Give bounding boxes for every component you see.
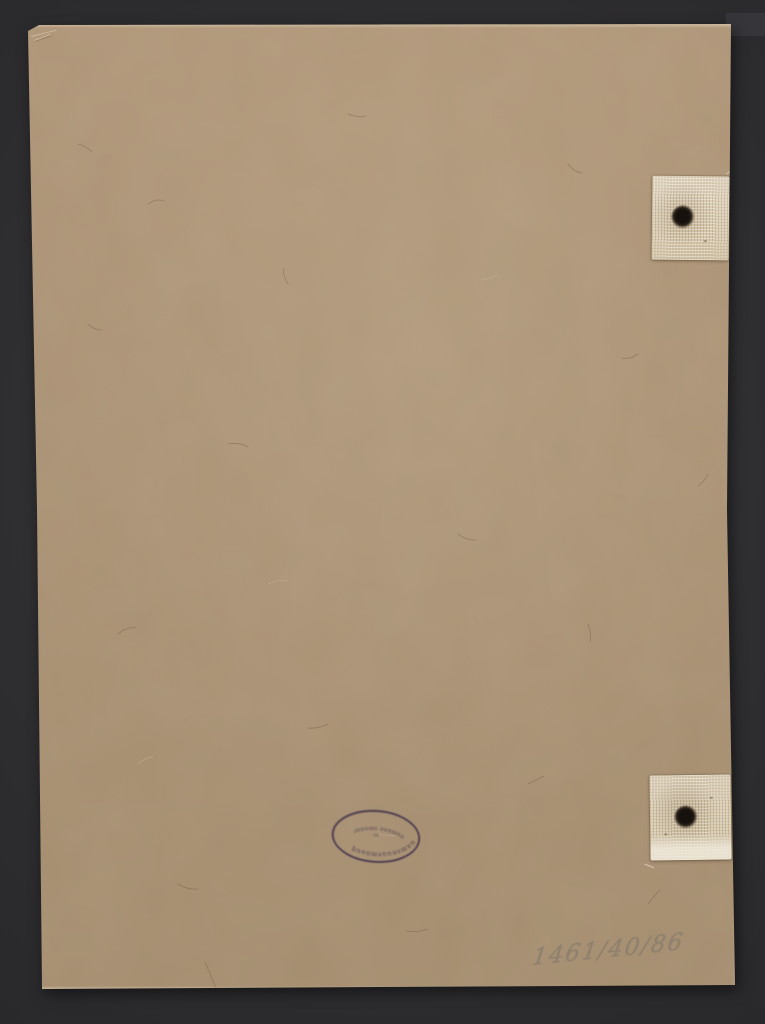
linen-tab-top: [652, 176, 730, 261]
linen-tab-bottom: [649, 774, 731, 860]
stamp-arc-top-text: uamsnuuemnauq: [349, 834, 417, 861]
inventory-number: 1461/40/86: [531, 927, 704, 971]
mount-card-wrapper: uamsnuuemnauq numane smunar · au · 1461/…: [28, 24, 736, 989]
speck: [664, 833, 667, 835]
svg-text:uamsnuuemnauq: uamsnuuemnauq: [349, 834, 417, 861]
tab-hole: [674, 805, 698, 829]
tab-hole: [671, 205, 695, 229]
card-bottom-edge-highlight: [36, 986, 736, 989]
card-top-edge-highlight: [28, 24, 736, 28]
card-right-edge-highlight: [733, 24, 736, 989]
loose-thread: [726, 167, 736, 175]
stamp-center-text: · au ·: [370, 832, 383, 838]
mount-card: uamsnuuemnauq numane smunar · au · 1461/…: [28, 24, 736, 989]
speck: [704, 240, 707, 242]
loose-thread: [644, 864, 654, 869]
ink-stamp: uamsnuuemnauq numane smunar · au ·: [327, 804, 425, 869]
speck: [710, 797, 713, 799]
